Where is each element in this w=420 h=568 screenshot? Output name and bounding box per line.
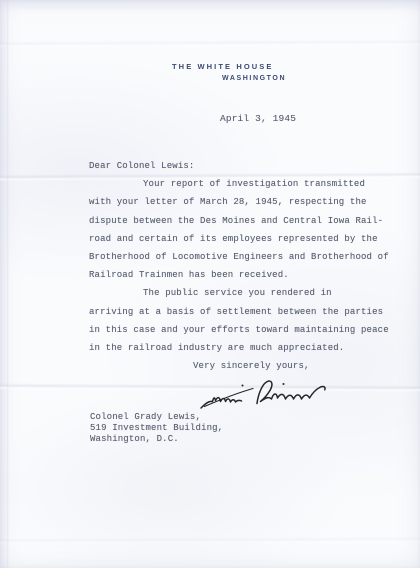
letter-scan: THE WHITE HOUSE WASHINGTON April 3, 1945… [0, 0, 420, 568]
paper-edge-line [7, 0, 9, 568]
letterhead-title: THE WHITE HOUSE [172, 62, 274, 71]
salutation: Dear Colonel Lewis: [89, 157, 401, 175]
date-line: April 3, 1945 [220, 113, 296, 124]
letterhead-city: WASHINGTON [222, 75, 286, 82]
letter-body: Dear Colonel Lewis: Your report of inves… [89, 157, 401, 375]
body-line: Railroad Trainmen has been received. [89, 266, 401, 284]
body-line: in this case and your efforts toward mai… [89, 321, 401, 339]
paper-crease [0, 536, 420, 545]
body-line: in the railroad industry are much apprec… [89, 339, 401, 357]
body-line: dispute between the Des Moines and Centr… [89, 212, 401, 230]
body-line: Brotherhood of Locomotive Engineers and … [89, 248, 401, 266]
recipient-line: 519 Investment Building, [90, 423, 223, 434]
signature [196, 373, 328, 415]
recipient-block: Colonel Grady Lewis, 519 Investment Buil… [90, 412, 223, 444]
body-line: arriving at a basis of settlement betwee… [89, 303, 401, 321]
body-line: with your letter of March 28, 1945, resp… [89, 193, 401, 211]
recipient-line: Washington, D.C. [90, 434, 223, 445]
body-line: Your report of investigation transmitted [89, 175, 401, 193]
recipient-line: Colonel Grady Lewis, [90, 412, 223, 423]
paper-crease [0, 39, 420, 48]
body-line: The public service you rendered in [89, 284, 401, 302]
body-line: road and certain of its employees repres… [89, 230, 401, 248]
